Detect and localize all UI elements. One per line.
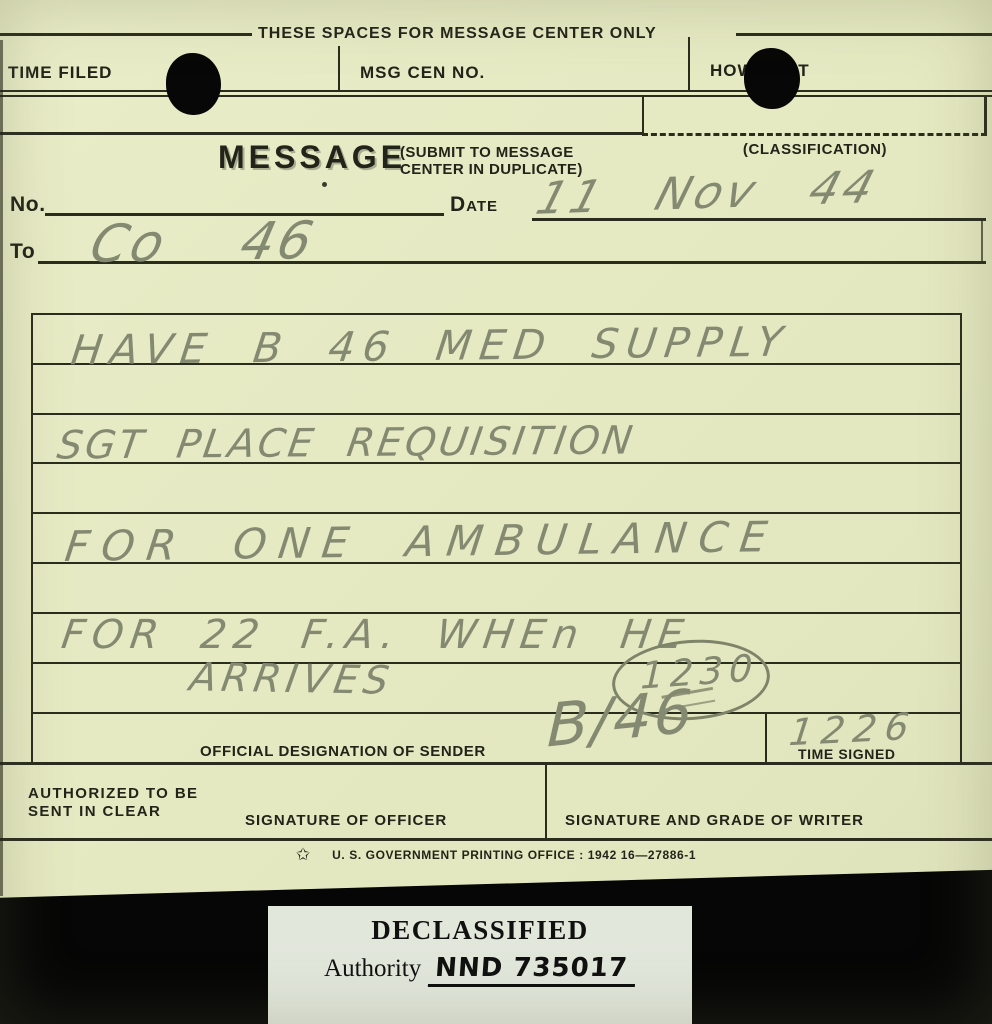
sender-row-bottom-rule bbox=[0, 762, 992, 765]
time-signed-label: TIME SIGNED bbox=[798, 746, 896, 762]
ruled-line bbox=[31, 413, 962, 415]
message-center-note: THESE SPACES FOR MESSAGE CENTER ONLY bbox=[258, 25, 657, 43]
classification-box-left bbox=[642, 95, 644, 136]
authority-line: AuthorityNND 735017 bbox=[268, 953, 692, 987]
header-divider-1 bbox=[338, 46, 340, 92]
star-icon: ✩ bbox=[296, 845, 310, 865]
header-divider-2 bbox=[688, 37, 690, 92]
form-title: MESSAGE bbox=[218, 139, 406, 176]
authorized-line1: AUTHORIZED TO BE bbox=[28, 785, 198, 802]
scan-edge-shadow bbox=[0, 40, 3, 896]
message-box-left-border bbox=[31, 313, 33, 763]
declassified-text: DECLASSIFIED bbox=[268, 915, 692, 946]
msg-cen-no-label: MSG CEN NO. bbox=[360, 63, 485, 83]
signature-divider bbox=[545, 763, 547, 839]
gpo-footer-text: U. S. GOVERNMENT PRINTING OFFICE : 1942 … bbox=[332, 848, 696, 862]
double-rule-top bbox=[0, 90, 992, 92]
to-value-handwriting: Co 46 bbox=[85, 211, 322, 275]
authorized-line2: SENT IN CLEAR bbox=[28, 803, 161, 820]
to-label: To bbox=[10, 240, 35, 264]
ruled-line bbox=[31, 512, 962, 514]
date-value-handwriting: 11 Nov 44 bbox=[531, 160, 885, 225]
ruled-line bbox=[31, 313, 962, 315]
double-rule-bottom bbox=[0, 95, 992, 97]
classification-dashed-rule bbox=[642, 133, 987, 136]
authority-label: Authority bbox=[324, 955, 421, 982]
header-rule-left bbox=[0, 33, 252, 36]
submit-note-line1: (SUBMIT TO MESSAGE bbox=[400, 144, 574, 161]
sender-value-handwriting: B/46 bbox=[546, 677, 696, 762]
classification-label: (CLASSIFICATION) bbox=[642, 141, 988, 158]
right-edge-tick bbox=[981, 219, 983, 264]
bottom-heavy-rule bbox=[0, 838, 992, 841]
message-line-3: FOR ONE AMBULANCE bbox=[62, 512, 782, 571]
stray-dot bbox=[322, 182, 327, 187]
message-line-4: FOR 22 F.A. WHEn HE bbox=[59, 612, 694, 658]
message-line-2: SGT PLACE REQUISITION bbox=[54, 418, 638, 468]
signature-writer-label: SIGNATURE AND GRADE OF WRITER bbox=[565, 812, 864, 829]
message-line-1: HAVE B 46 MED SUPPLY bbox=[68, 318, 793, 375]
date-label: Date bbox=[450, 193, 498, 217]
ruled-line bbox=[31, 662, 962, 664]
classification-box-right bbox=[984, 95, 987, 136]
signature-officer-label: SIGNATURE OF OFFICER bbox=[245, 812, 447, 829]
authority-value-handwriting: NND 735017 bbox=[428, 953, 637, 987]
message-heading-rule bbox=[0, 132, 644, 135]
header-rule-right bbox=[736, 33, 992, 36]
time-signed-divider bbox=[765, 712, 767, 764]
gpo-footer: ✩ U. S. GOVERNMENT PRINTING OFFICE : 194… bbox=[0, 845, 992, 865]
sender-label: OFFICIAL DESIGNATION OF SENDER bbox=[200, 743, 486, 760]
time-filed-label: TIME FILED bbox=[8, 63, 112, 83]
message-box-right-border bbox=[960, 313, 962, 763]
no-label: No. bbox=[10, 193, 46, 217]
message-line-5: ARRIVES bbox=[187, 655, 397, 704]
hole-punch-left bbox=[166, 53, 221, 115]
declassified-stamp: DECLASSIFIED AuthorityNND 735017 bbox=[268, 906, 692, 1024]
hole-punch-right bbox=[744, 48, 800, 109]
scanned-message-form: THESE SPACES FOR MESSAGE CENTER ONLY TIM… bbox=[0, 0, 992, 1024]
